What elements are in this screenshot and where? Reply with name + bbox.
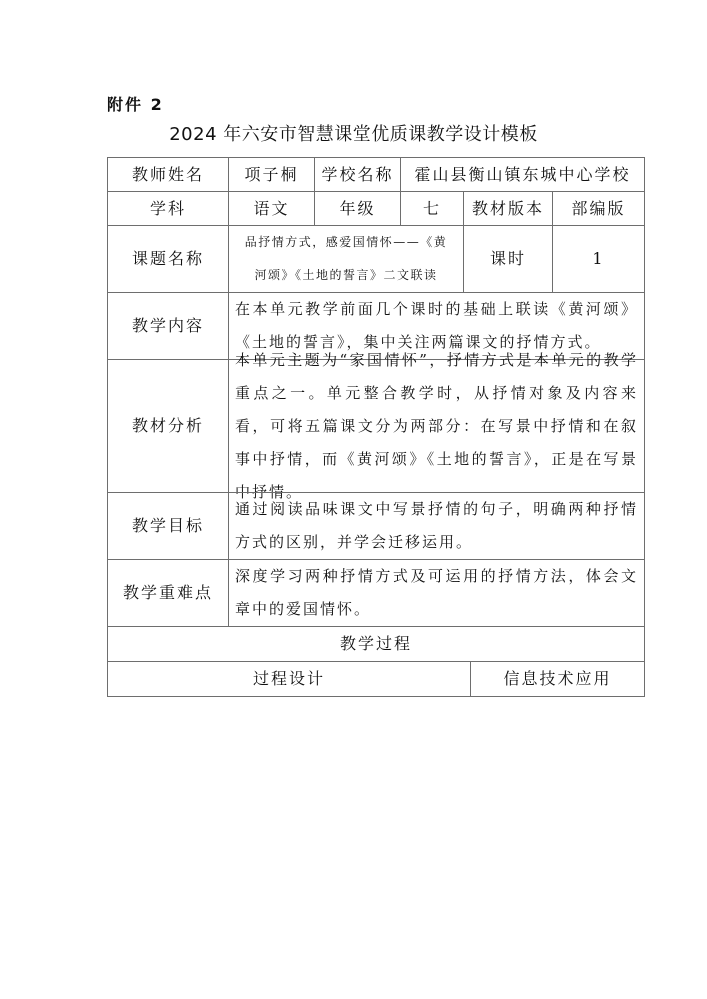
school-name-value-text: 霍山县衡山镇东城中心学校 — [414, 165, 630, 184]
topic-value: 品抒情方式，感爱国情怀——《黄 河颂》《土地的誓言》二文联读 — [228, 225, 464, 293]
subject-label: 学科 — [107, 191, 229, 226]
teacher-name-label-text: 教师姓名 — [132, 165, 204, 184]
teaching-goals-value: 通过阅读品味课文中写景抒情的句子，明确两种抒情方式的区别，并学会迁移运用。 — [228, 492, 645, 560]
textbook-analysis-text: 本单元主题为“家国情怀”，抒情方式是本单元的教学重点之一。单元整合教学时，从抒情… — [235, 344, 638, 509]
textbook-analysis-label: 教材分析 — [107, 359, 229, 493]
attachment-label: 附件 2 — [107, 92, 164, 115]
teaching-process-heading: 教学过程 — [107, 626, 645, 662]
grade-value: 七 — [400, 191, 464, 226]
topic-value-line1: 品抒情方式，感爱国情怀——《黄 — [245, 226, 448, 259]
process-design-header: 过程设计 — [107, 661, 471, 697]
it-application-header: 信息技术应用 — [470, 661, 645, 697]
subject-value-text: 语文 — [253, 199, 289, 218]
teacher-name-label: 教师姓名 — [107, 157, 229, 192]
document-title: 2024 年六安市智慧课堂优质课教学设计模板 — [0, 120, 707, 146]
teacher-name-value-text: 项子桐 — [244, 165, 298, 184]
class-period-value-text: 1 — [592, 249, 604, 268]
school-name-label: 学校名称 — [314, 157, 401, 192]
teaching-process-heading-text: 教学过程 — [340, 634, 412, 653]
subject-label-text: 学科 — [150, 199, 186, 218]
topic-label: 课题名称 — [107, 225, 229, 293]
grade-value-text: 七 — [423, 199, 441, 218]
it-application-header-text: 信息技术应用 — [503, 669, 611, 688]
teacher-name-value: 项子桐 — [228, 157, 315, 192]
topic-label-text: 课题名称 — [132, 249, 204, 268]
textbook-edition-value: 部编版 — [552, 191, 645, 226]
school-name-value: 霍山县衡山镇东城中心学校 — [400, 157, 645, 192]
teaching-content-label-text: 教学内容 — [132, 316, 204, 335]
topic-value-line2: 河颂》《土地的誓言》二文联读 — [254, 259, 437, 292]
textbook-analysis-label-text: 教材分析 — [132, 416, 204, 435]
teaching-goals-label-text: 教学目标 — [132, 516, 204, 535]
grade-label: 年级 — [314, 191, 401, 226]
textbook-analysis-value: 本单元主题为“家国情怀”，抒情方式是本单元的教学重点之一。单元整合教学时，从抒情… — [228, 359, 645, 493]
school-name-label-text: 学校名称 — [321, 165, 393, 184]
teaching-goals-label: 教学目标 — [107, 492, 229, 560]
teaching-content-label: 教学内容 — [107, 292, 229, 360]
key-points-value: 深度学习两种抒情方式及可运用的抒情方法，体会文章中的爱国情怀。 — [228, 559, 645, 627]
key-points-label: 教学重难点 — [107, 559, 229, 627]
teaching-goals-text: 通过阅读品味课文中写景抒情的句子，明确两种抒情方式的区别，并学会迁移运用。 — [235, 493, 638, 559]
key-points-text: 深度学习两种抒情方式及可运用的抒情方法，体会文章中的爱国情怀。 — [235, 560, 638, 626]
process-design-header-text: 过程设计 — [253, 669, 325, 688]
grade-label-text: 年级 — [339, 199, 375, 218]
textbook-edition-value-text: 部编版 — [571, 199, 625, 218]
class-period-label-text: 课时 — [490, 249, 526, 268]
key-points-label-text: 教学重难点 — [123, 583, 213, 602]
class-period-value: 1 — [552, 225, 645, 293]
subject-value: 语文 — [228, 191, 315, 226]
class-period-label: 课时 — [463, 225, 553, 293]
textbook-edition-label: 教材版本 — [463, 191, 553, 226]
textbook-edition-label-text: 教材版本 — [472, 199, 544, 218]
